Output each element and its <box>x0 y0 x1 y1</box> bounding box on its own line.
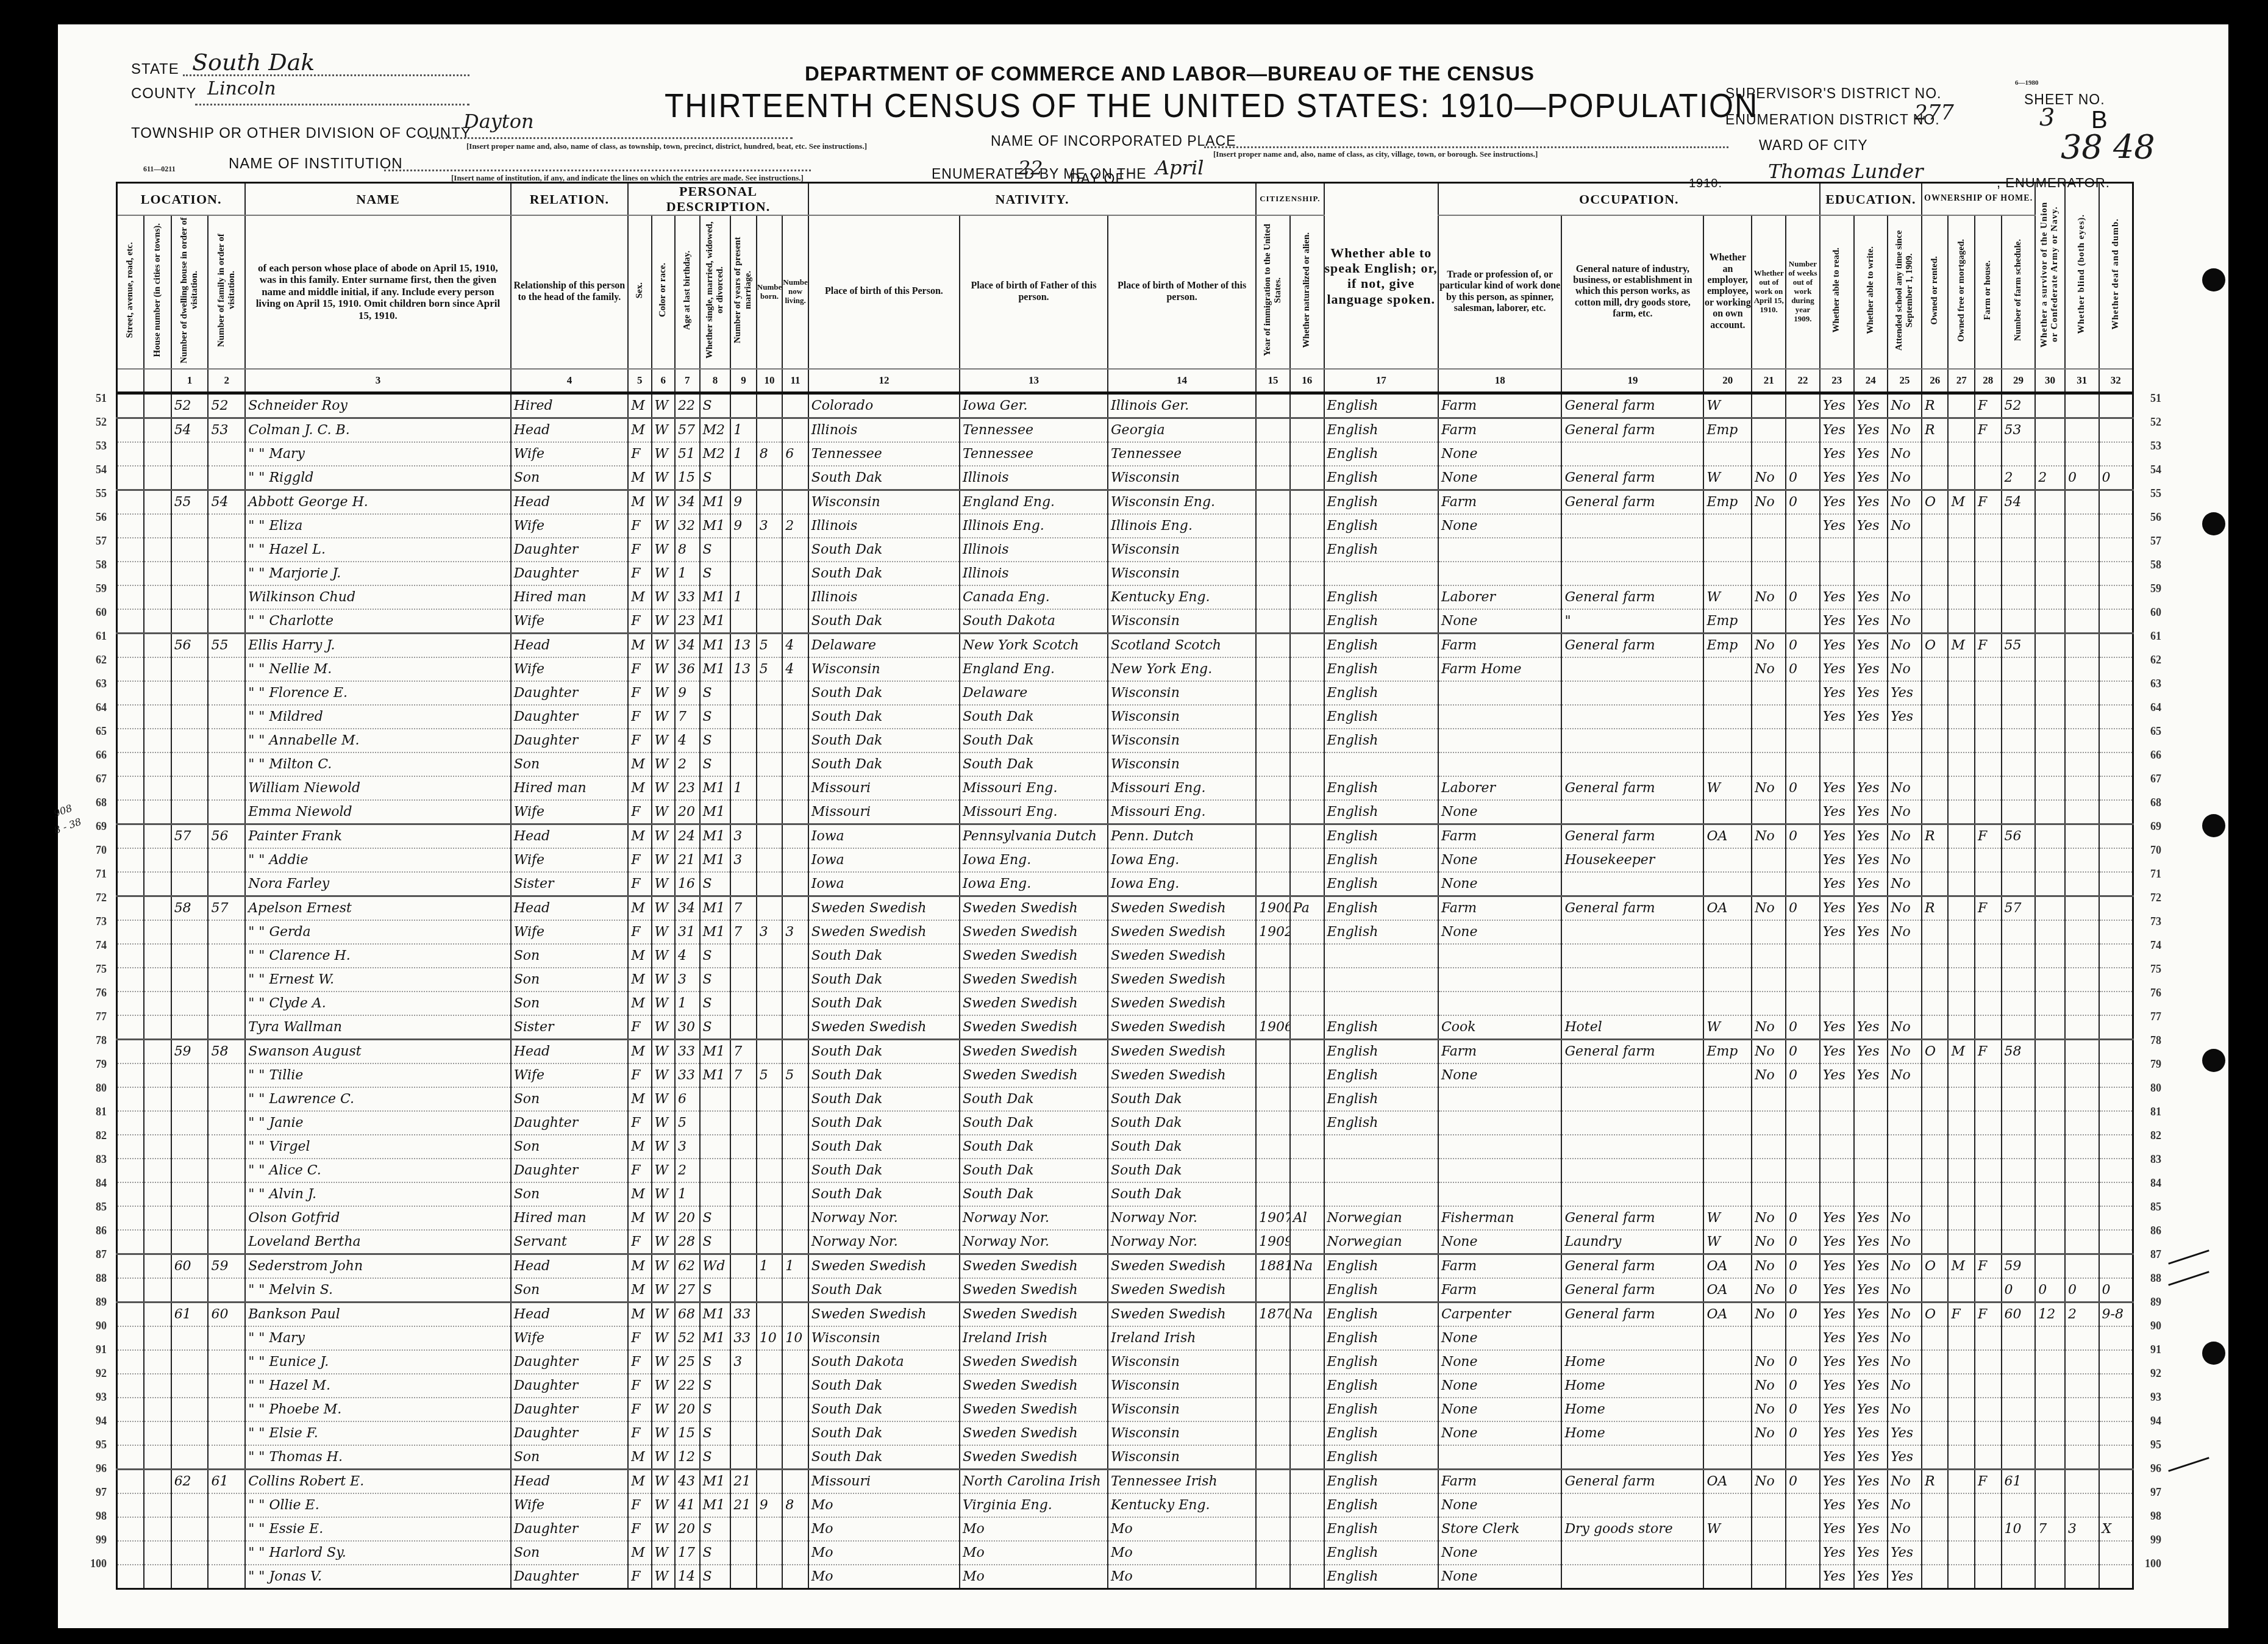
cell-employment-class <box>1703 562 1752 585</box>
cell-marital-status: M1 <box>700 1039 731 1063</box>
cell-family-number: 54 <box>208 490 245 514</box>
cell-dwelling-number <box>171 1445 209 1470</box>
cell-age: 57 <box>675 418 700 442</box>
cell-street <box>117 1254 144 1278</box>
cell-industry <box>1561 1135 1703 1159</box>
cell-race: W <box>652 1063 675 1087</box>
cell-father-birthplace: Sweden Swedish <box>960 1350 1108 1374</box>
cell-trade <box>1438 944 1562 968</box>
cell-person-name: Wilkinson Chud <box>245 585 511 609</box>
cell-house <box>144 752 171 776</box>
cell-children-born: 5 <box>757 1063 783 1087</box>
cell-street <box>117 1039 144 1063</box>
cell-blind <box>2065 681 2099 705</box>
line-number-right: 93 <box>2137 1391 2161 1404</box>
cell-can-read: Yes <box>1820 514 1854 538</box>
cell-employment-class <box>1703 1159 1752 1182</box>
cell-can-read: Yes <box>1820 681 1854 705</box>
cell-person-name: Emma Niewold <box>245 800 511 824</box>
cell-can-write: Yes <box>1854 393 1888 418</box>
cell-family-number <box>208 992 245 1015</box>
cell-children-living: 8 <box>782 1493 808 1517</box>
cell-trade: Cook <box>1438 1015 1562 1040</box>
cell-house <box>144 633 171 657</box>
cell-children-living <box>782 609 808 634</box>
cell-race: W <box>652 968 675 992</box>
state-value: South Dak <box>192 49 315 76</box>
cell-marital-status: S <box>700 968 731 992</box>
cell-sex: F <box>628 1015 651 1040</box>
cell-deaf <box>2099 944 2133 968</box>
state-line <box>183 74 469 76</box>
cell-marital-status: S <box>700 1278 731 1303</box>
cell-veteran <box>2035 705 2065 729</box>
cell-marital-status: S <box>700 1517 731 1541</box>
cell-language: English <box>1324 848 1438 872</box>
cell-birthplace: South Dakota <box>808 1350 960 1374</box>
cell-immigration-year: 1870 <box>1256 1302 1290 1326</box>
cell-trade: Store Clerk <box>1438 1517 1562 1541</box>
line-number-left: 91 <box>82 1343 107 1356</box>
cell-marital-status: S <box>700 705 731 729</box>
cell-industry <box>1561 944 1703 968</box>
cell-immigration-year: 1900 <box>1256 896 1290 920</box>
cell-employment-class: W <box>1703 585 1752 609</box>
cell-dwelling-number: 52 <box>171 393 209 418</box>
cell-marital-status: M1 <box>700 633 731 657</box>
cell-person-name: " " Nellie M. <box>245 657 511 681</box>
cell-street <box>117 824 144 848</box>
cell-trade <box>1438 1445 1562 1470</box>
cell-free-mortgaged <box>1948 1230 1975 1254</box>
cell-weeks-out <box>1786 920 1820 944</box>
cell-dwelling-number <box>171 1135 209 1159</box>
cell-age: 1 <box>675 1182 700 1206</box>
line-number-left: 75 <box>82 963 107 976</box>
cell-family-number <box>208 752 245 776</box>
cell-deaf <box>2099 1015 2133 1040</box>
cell-children-living <box>782 1565 808 1589</box>
cell-children-living <box>782 490 808 514</box>
cell-veteran <box>2035 1087 2065 1111</box>
cell-house <box>144 418 171 442</box>
cell-deaf <box>2099 1374 2133 1398</box>
cell-weeks-out: 0 <box>1786 1398 1820 1421</box>
cell-out-of-work <box>1752 920 1786 944</box>
table-row: " " Alice C.DaughterFW2South DakSouth Da… <box>117 1159 2133 1182</box>
cell-dwelling-number <box>171 1087 209 1111</box>
cell-trade: None <box>1438 800 1562 824</box>
cell-naturalization <box>1290 657 1324 681</box>
cell-children-living <box>782 1302 808 1326</box>
cell-industry <box>1561 992 1703 1015</box>
cell-naturalization <box>1290 968 1324 992</box>
cell-attended-school: No <box>1888 609 1922 634</box>
cell-birthplace: South Dak <box>808 752 960 776</box>
cell-can-read: Yes <box>1820 776 1854 800</box>
cell-house <box>144 920 171 944</box>
table-row: " " Ollie E.WifeFW41M12198MoVirginia Eng… <box>117 1493 2133 1517</box>
cell-children-living <box>782 752 808 776</box>
cell-can-write <box>1854 968 1888 992</box>
cell-can-write: Yes <box>1854 1469 1888 1493</box>
cell-out-of-work: No <box>1752 824 1786 848</box>
cell-father-birthplace: Missouri Eng. <box>960 800 1108 824</box>
cell-free-mortgaged <box>1948 1278 1975 1303</box>
cell-children-living <box>782 1469 808 1493</box>
cell-free-mortgaged <box>1948 1541 1975 1565</box>
cell-sex: F <box>628 1326 651 1350</box>
line-number-left: 68 <box>82 796 107 809</box>
cell-deaf <box>2099 1230 2133 1254</box>
cell-farm-house: F <box>1975 1469 2002 1493</box>
cell-age: 6 <box>675 1087 700 1111</box>
cell-street <box>117 776 144 800</box>
cell-house <box>144 872 171 896</box>
cell-owned-rented <box>1922 752 1949 776</box>
cell-blind <box>2065 1565 2099 1589</box>
cell-can-read: Yes <box>1820 872 1854 896</box>
cell-industry: General farm <box>1561 585 1703 609</box>
cell-marital-status: S <box>700 752 731 776</box>
cell-age: 32 <box>675 514 700 538</box>
cell-out-of-work: No <box>1752 585 1786 609</box>
cell-farm-house: F <box>1975 490 2002 514</box>
cell-birthplace: Delaware <box>808 633 960 657</box>
cell-years-married <box>730 1421 757 1445</box>
cell-marital-status: S <box>700 944 731 968</box>
cell-veteran <box>2035 1421 2065 1445</box>
cell-industry: General farm <box>1561 1039 1703 1063</box>
cell-industry <box>1561 1159 1703 1182</box>
cell-owned-rented <box>1922 1493 1949 1517</box>
cell-out-of-work <box>1752 729 1786 752</box>
table-row: Nora FarleySisterFW16SIowaIowa Eng.Iowa … <box>117 872 2133 896</box>
cell-street <box>117 633 144 657</box>
line-number-left: 60 <box>82 606 107 619</box>
cell-employment-class <box>1703 920 1752 944</box>
cell-language <box>1324 562 1438 585</box>
cell-industry: General farm <box>1561 1302 1703 1326</box>
cell-children-born <box>757 681 783 705</box>
cell-family-number <box>208 968 245 992</box>
cell-owned-rented <box>1922 609 1949 634</box>
cell-house <box>144 538 171 562</box>
cell-farm-house <box>1975 1493 2002 1517</box>
cell-weeks-out <box>1786 848 1820 872</box>
cell-children-born: 5 <box>757 657 783 681</box>
cell-can-write: Yes <box>1854 1445 1888 1470</box>
cell-language: English <box>1324 538 1438 562</box>
cell-owned-rented <box>1922 1421 1949 1445</box>
cell-relationship: Son <box>511 1445 628 1470</box>
cell-attended-school: No <box>1888 920 1922 944</box>
line-number-right: 88 <box>2137 1272 2161 1285</box>
cell-blind: 3 <box>2065 1517 2099 1541</box>
cell-immigration-year: 1881 <box>1256 1254 1290 1278</box>
cell-father-birthplace: Sweden Swedish <box>960 968 1108 992</box>
stamp-number: 38 48 <box>2061 128 2155 166</box>
cell-house <box>144 1493 171 1517</box>
institution-label: NAME OF INSTITUTION <box>229 155 403 173</box>
line-number-left: 55 <box>82 487 107 500</box>
line-number-left: 86 <box>82 1224 107 1237</box>
cell-age: 5 <box>675 1111 700 1135</box>
cell-language: English <box>1324 1374 1438 1398</box>
cell-relationship: Head <box>511 896 628 920</box>
cell-street <box>117 1111 144 1135</box>
cell-immigration-year <box>1256 1039 1290 1063</box>
cell-employment-class <box>1703 1374 1752 1398</box>
cell-out-of-work <box>1752 442 1786 466</box>
cell-veteran <box>2035 418 2065 442</box>
cell-sex: F <box>628 1517 651 1541</box>
cell-family-number <box>208 1421 245 1445</box>
cell-farm-schedule <box>2002 800 2036 824</box>
line-number-right: 68 <box>2137 796 2161 809</box>
cell-veteran <box>2035 657 2065 681</box>
cell-house <box>144 1111 171 1135</box>
cell-can-write <box>1854 752 1888 776</box>
cell-industry <box>1561 1493 1703 1517</box>
cell-can-write <box>1854 1111 1888 1135</box>
cell-sex: M <box>628 1039 651 1063</box>
ward-label: WARD OF CITY <box>1759 137 1868 154</box>
line-number-left: 74 <box>82 939 107 952</box>
cell-deaf <box>2099 1350 2133 1374</box>
cell-owned-rented <box>1922 538 1949 562</box>
cell-person-name: " " Tillie <box>245 1063 511 1087</box>
cell-person-name: " " Mildred <box>245 705 511 729</box>
cell-children-born <box>757 1230 783 1254</box>
cell-person-name: Ellis Harry J. <box>245 633 511 657</box>
cell-weeks-out <box>1786 729 1820 752</box>
cell-family-number: 56 <box>208 824 245 848</box>
cell-trade: None <box>1438 1541 1562 1565</box>
cell-employment-class: W <box>1703 1230 1752 1254</box>
cell-naturalization <box>1290 1182 1324 1206</box>
cell-language: English <box>1324 1541 1438 1565</box>
cell-farm-schedule <box>2002 968 2036 992</box>
cell-farm-schedule: 55 <box>2002 633 2036 657</box>
cell-deaf <box>2099 514 2133 538</box>
cell-family-number <box>208 466 245 490</box>
cell-weeks-out <box>1786 705 1820 729</box>
cell-relationship: Wife <box>511 514 628 538</box>
cell-farm-house: F <box>1975 418 2002 442</box>
cell-can-read <box>1820 752 1854 776</box>
cell-children-living <box>782 944 808 968</box>
cell-years-married <box>730 944 757 968</box>
cell-birthplace: South Dak <box>808 1182 960 1206</box>
cell-employment-class <box>1703 705 1752 729</box>
cell-blind <box>2065 729 2099 752</box>
cell-naturalization <box>1290 585 1324 609</box>
cell-farm-schedule <box>2002 1445 2036 1470</box>
cell-farm-schedule <box>2002 1135 2036 1159</box>
cell-language: English <box>1324 1493 1438 1517</box>
line-number-left: 67 <box>82 773 107 785</box>
cell-can-write: Yes <box>1854 585 1888 609</box>
cell-owned-rented <box>1922 1517 1949 1541</box>
cell-naturalization <box>1290 514 1324 538</box>
cell-industry <box>1561 800 1703 824</box>
cell-weeks-out <box>1786 1493 1820 1517</box>
cell-relationship: Daughter <box>511 1350 628 1374</box>
cell-relationship: Daughter <box>511 1517 628 1541</box>
cell-children-born <box>757 538 783 562</box>
township-instruction: [Insert proper name and, also, name of c… <box>466 141 867 151</box>
cell-attended-school: No <box>1888 824 1922 848</box>
cell-immigration-year <box>1256 992 1290 1015</box>
cell-race: W <box>652 1254 675 1278</box>
cell-children-living <box>782 1015 808 1040</box>
cell-immigration-year <box>1256 824 1290 848</box>
cell-street <box>117 1230 144 1254</box>
table-row: " " Lawrence C.SonMW6South DakSouth DakS… <box>117 1087 2133 1111</box>
cell-marital-status: S <box>700 1541 731 1565</box>
cell-immigration-year <box>1256 1135 1290 1159</box>
cell-employment-class: W <box>1703 393 1752 418</box>
line-number-right: 55 <box>2137 487 2161 500</box>
cell-employment-class: Emp <box>1703 490 1752 514</box>
cell-mother-birthplace: Sweden Swedish <box>1108 992 1256 1015</box>
cell-employment-class <box>1703 1063 1752 1087</box>
cell-years-married: 3 <box>730 824 757 848</box>
cell-out-of-work <box>1752 1493 1786 1517</box>
cell-deaf <box>2099 992 2133 1015</box>
cell-employment-class <box>1703 442 1752 466</box>
column-number: 28 <box>1975 369 2002 393</box>
line-number-right: 75 <box>2137 963 2161 976</box>
cell-immigration-year <box>1256 1326 1290 1350</box>
cell-father-birthplace: Norway Nor. <box>960 1206 1108 1230</box>
line-number-right: 86 <box>2137 1224 2161 1237</box>
cell-farm-schedule <box>2002 1350 2036 1374</box>
cell-dwelling-number <box>171 968 209 992</box>
cell-years-married: 1 <box>730 585 757 609</box>
cell-mother-birthplace: Sweden Swedish <box>1108 1278 1256 1303</box>
cell-mother-birthplace: Sweden Swedish <box>1108 1254 1256 1278</box>
cell-house <box>144 1445 171 1470</box>
cell-owned-rented <box>1922 1135 1949 1159</box>
cell-mother-birthplace: Ireland Irish <box>1108 1326 1256 1350</box>
cell-free-mortgaged <box>1948 1087 1975 1111</box>
cell-can-read: Yes <box>1820 1541 1854 1565</box>
cell-person-name: " " Clarence H. <box>245 944 511 968</box>
cell-sex: F <box>628 1111 651 1135</box>
cell-person-name: " " Riggld <box>245 466 511 490</box>
cell-naturalization <box>1290 1374 1324 1398</box>
cell-naturalization <box>1290 1159 1324 1182</box>
cell-immigration-year <box>1256 800 1290 824</box>
cell-race: W <box>652 1565 675 1589</box>
cell-relationship: Son <box>511 1541 628 1565</box>
cell-father-birthplace: South Dakota <box>960 609 1108 634</box>
cell-house <box>144 1517 171 1541</box>
cell-language: English <box>1324 920 1438 944</box>
cell-dwelling-number <box>171 1206 209 1230</box>
cell-trade: Farm <box>1438 824 1562 848</box>
cell-trade <box>1438 1159 1562 1182</box>
cell-father-birthplace: Sweden Swedish <box>960 1302 1108 1326</box>
cell-free-mortgaged <box>1948 992 1975 1015</box>
cell-person-name: Olson Gotfrid <box>245 1206 511 1230</box>
enumeration-district-label: ENUMERATION DISTRICT NO. <box>1725 112 1940 128</box>
cell-attended-school: No <box>1888 1302 1922 1326</box>
cell-mother-birthplace: Wisconsin <box>1108 466 1256 490</box>
cell-free-mortgaged <box>1948 1135 1975 1159</box>
cell-street <box>117 1398 144 1421</box>
column-number: 20 <box>1703 369 1752 393</box>
cell-attended-school <box>1888 944 1922 968</box>
cell-age: 28 <box>675 1230 700 1254</box>
cell-naturalization <box>1290 1493 1324 1517</box>
line-number-left: 93 <box>82 1391 107 1404</box>
cell-blind <box>2065 490 2099 514</box>
cell-years-married: 7 <box>730 920 757 944</box>
cell-family-number: 60 <box>208 1302 245 1326</box>
cell-can-read <box>1820 729 1854 752</box>
cell-house <box>144 1374 171 1398</box>
line-number-left: 58 <box>82 559 107 571</box>
cell-farm-schedule: 54 <box>2002 490 2036 514</box>
cell-dwelling-number: 61 <box>171 1302 209 1326</box>
cell-sex: M <box>628 896 651 920</box>
cell-sex: F <box>628 1565 651 1589</box>
cell-blind <box>2065 1087 2099 1111</box>
cell-age: 1 <box>675 992 700 1015</box>
cell-birthplace: Missouri <box>808 1469 960 1493</box>
cell-street <box>117 466 144 490</box>
cell-deaf <box>2099 1398 2133 1421</box>
cell-farm-schedule: 10 <box>2002 1517 2036 1541</box>
cell-race: W <box>652 585 675 609</box>
cell-mother-birthplace: Norway Nor. <box>1108 1206 1256 1230</box>
sheet-label: SHEET NO. <box>2024 91 2105 108</box>
cell-blind <box>2065 1421 2099 1445</box>
cell-free-mortgaged <box>1948 442 1975 466</box>
cell-dwelling-number <box>171 681 209 705</box>
col-street: Street, avenue, road, etc. <box>117 215 144 369</box>
cell-marital-status: Wd <box>700 1254 731 1278</box>
cell-language: English <box>1324 609 1438 634</box>
cell-trade: None <box>1438 1493 1562 1517</box>
cell-age: 4 <box>675 729 700 752</box>
cell-employment-class: Emp <box>1703 1039 1752 1063</box>
cell-sex: F <box>628 562 651 585</box>
cell-race: W <box>652 944 675 968</box>
cell-person-name: " " Phoebe M. <box>245 1398 511 1421</box>
cell-relationship: Son <box>511 1278 628 1303</box>
cell-relationship: Wife <box>511 609 628 634</box>
cell-children-born <box>757 824 783 848</box>
cell-race: W <box>652 1278 675 1303</box>
cell-industry: Home <box>1561 1350 1703 1374</box>
cell-dwelling-number <box>171 848 209 872</box>
cell-family-number <box>208 729 245 752</box>
cell-can-read: Yes <box>1820 824 1854 848</box>
cell-language: English <box>1324 1565 1438 1589</box>
cell-children-born <box>757 1278 783 1303</box>
cell-blind <box>2065 633 2099 657</box>
line-number-left: 59 <box>82 582 107 595</box>
cell-birthplace: Iowa <box>808 848 960 872</box>
line-number-left: 99 <box>82 1534 107 1546</box>
cell-naturalization <box>1290 800 1324 824</box>
cell-children-living <box>782 1087 808 1111</box>
cell-person-name: " " Alice C. <box>245 1159 511 1182</box>
